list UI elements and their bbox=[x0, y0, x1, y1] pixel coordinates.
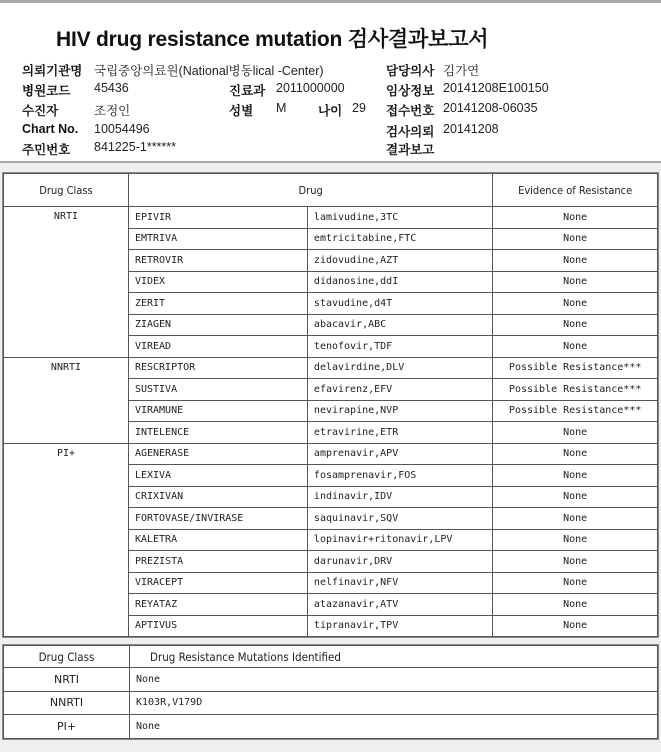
resident-id-label: 주민번호 bbox=[22, 143, 70, 157]
drug-brand: EMTRIVA bbox=[128, 228, 307, 250]
clinical-info-value: 20141208E100150 bbox=[443, 81, 549, 95]
hospital-code-label: 병원코드 bbox=[22, 84, 70, 98]
chart-no-field: Chart No. bbox=[22, 122, 78, 136]
chart-no-value-wrap: 10054496 bbox=[94, 122, 150, 136]
drug-generic: darunavir,DRV bbox=[307, 551, 492, 573]
resistance-evidence: None bbox=[493, 271, 658, 293]
drug-class-pi: PI+ bbox=[4, 443, 129, 637]
table-row: NNRTI RESCRIPTOR delavirdine,DLV Possibl… bbox=[4, 357, 658, 379]
test-request-value: 20141208 bbox=[443, 122, 499, 136]
receipt-no-field: 접수번호 bbox=[386, 101, 434, 119]
drug-brand: VIRAMUNE bbox=[128, 400, 307, 422]
hospital-code-field: 병원코드 bbox=[22, 81, 70, 99]
drug-generic: lopinavir+ritonavir,LPV bbox=[307, 529, 492, 551]
resistance-evidence: Possible Resistance*** bbox=[493, 357, 658, 379]
resistance-evidence: None bbox=[493, 465, 658, 487]
report-header: HIV drug resistance mutation 검사결과보고서 의뢰기… bbox=[0, 3, 661, 163]
clinical-info-field: 임상정보 bbox=[386, 81, 434, 99]
institution-label: 의뢰기관명 bbox=[22, 64, 82, 78]
resistance-table-panel: Drug Class Drug Evidence of Resistance N… bbox=[2, 172, 659, 638]
age-value-wrap: 29 bbox=[352, 101, 366, 115]
chart-no-value: 10054496 bbox=[94, 122, 150, 136]
table-row: PI+ AGENERASE amprenavir,APV None bbox=[4, 443, 658, 465]
drug-brand: FORTOVASE/INVIRASE bbox=[128, 508, 307, 530]
header-evidence: Evidence of Resistance bbox=[493, 174, 658, 207]
drug-brand: VIDEX bbox=[128, 271, 307, 293]
department-value: 2011000000 bbox=[276, 81, 345, 95]
drug-generic: tenofovir,TDF bbox=[307, 336, 492, 358]
drug-brand: PREZISTA bbox=[128, 551, 307, 573]
drug-generic: efavirenz,EFV bbox=[307, 379, 492, 401]
resistance-evidence: None bbox=[493, 529, 658, 551]
institution-value: 국립중앙의료원(National병동lical -Center) bbox=[94, 64, 324, 78]
sex-label: 성별 bbox=[229, 104, 253, 118]
drug-generic: saquinavir,SQV bbox=[307, 508, 492, 530]
resistance-table-header: Drug Class Drug Evidence of Resistance bbox=[4, 174, 658, 207]
patient-value-wrap: 조정인 bbox=[94, 101, 130, 119]
mutation-drug-class: PI+ bbox=[4, 715, 130, 739]
test-request-value-wrap: 20141208 bbox=[443, 122, 499, 136]
institution-value-wrap: 국립중앙의료원(National병동lical -Center) bbox=[94, 61, 324, 79]
drug-generic: delavirdine,DLV bbox=[307, 357, 492, 379]
resistance-evidence: Possible Resistance*** bbox=[493, 400, 658, 422]
hospital-code-value: 45436 bbox=[94, 81, 129, 95]
patient-value: 조정인 bbox=[94, 104, 130, 118]
drug-brand: ZIAGEN bbox=[128, 314, 307, 336]
mutations-table: Drug Class Drug Resistance Mutations Ide… bbox=[3, 645, 658, 739]
drug-brand: INTELENCE bbox=[128, 422, 307, 444]
patient-label: 수진자 bbox=[22, 104, 58, 118]
drug-generic: fosamprenavir,FOS bbox=[307, 465, 492, 487]
result-report-label: 결과보고 bbox=[386, 143, 434, 157]
resident-id-value-wrap: 841225-1****** bbox=[94, 140, 176, 154]
resistance-evidence: None bbox=[493, 336, 658, 358]
institution-field: 의뢰기관명 bbox=[22, 61, 82, 79]
test-request-label: 검사의뢰 bbox=[386, 125, 434, 139]
receipt-no-value: 20141208-06035 bbox=[443, 101, 538, 115]
table-row: NNRTI K103R,V179D bbox=[4, 691, 658, 715]
receipt-no-value-wrap: 20141208-06035 bbox=[443, 101, 538, 115]
mutation-list: K103R,V179D bbox=[130, 691, 658, 715]
doctor-value: 김가연 bbox=[443, 64, 479, 78]
age-value: 29 bbox=[352, 101, 366, 115]
drug-brand: VIREAD bbox=[128, 336, 307, 358]
drug-generic: abacavir,ABC bbox=[307, 314, 492, 336]
drug-brand: REYATAZ bbox=[128, 594, 307, 616]
drug-generic: atazanavir,ATV bbox=[307, 594, 492, 616]
sex-value: M bbox=[276, 101, 286, 115]
table-row: NRTI None bbox=[4, 668, 658, 692]
receipt-no-label: 접수번호 bbox=[386, 104, 434, 118]
sex-value-wrap: M bbox=[276, 101, 286, 115]
drug-brand: EPIVIR bbox=[128, 207, 307, 229]
resistance-evidence: None bbox=[493, 551, 658, 573]
resistance-evidence: None bbox=[493, 228, 658, 250]
resistance-evidence: None bbox=[493, 615, 658, 637]
resistance-evidence: None bbox=[493, 422, 658, 444]
mutations-table-header: Drug Class Drug Resistance Mutations Ide… bbox=[4, 646, 658, 668]
doctor-label: 담당의사 bbox=[386, 64, 434, 78]
drug-brand: APTIVUS bbox=[128, 615, 307, 637]
patient-field: 수진자 bbox=[22, 101, 58, 119]
result-report-field: 결과보고 bbox=[386, 140, 434, 158]
sex-field: 성별 bbox=[229, 101, 253, 119]
header-drug: Drug bbox=[128, 174, 492, 207]
mutation-drug-class: NNRTI bbox=[4, 691, 130, 715]
drug-brand: KALETRA bbox=[128, 529, 307, 551]
resistance-evidence: None bbox=[493, 508, 658, 530]
drug-generic: tipranavir,TPV bbox=[307, 615, 492, 637]
mutation-list: None bbox=[130, 715, 658, 739]
age-label: 나이 bbox=[318, 104, 342, 118]
drug-generic: didanosine,ddI bbox=[307, 271, 492, 293]
mutation-drug-class: NRTI bbox=[4, 668, 130, 692]
clinical-info-label: 임상정보 bbox=[386, 84, 434, 98]
chart-no-label: Chart No. bbox=[22, 122, 78, 136]
resistance-evidence: None bbox=[493, 250, 658, 272]
resistance-evidence: None bbox=[493, 572, 658, 594]
age-field: 나이 bbox=[318, 101, 342, 119]
drug-brand: RETROVIR bbox=[128, 250, 307, 272]
drug-generic: etravirine,ETR bbox=[307, 422, 492, 444]
drug-generic: stavudine,d4T bbox=[307, 293, 492, 315]
resistance-table: Drug Class Drug Evidence of Resistance N… bbox=[3, 173, 658, 637]
test-request-field: 검사의뢰 bbox=[386, 122, 434, 140]
resistance-evidence: None bbox=[493, 293, 658, 315]
drug-brand: ZERIT bbox=[128, 293, 307, 315]
table-row: PI+ None bbox=[4, 715, 658, 739]
drug-generic: zidovudine,AZT bbox=[307, 250, 492, 272]
resistance-evidence: None bbox=[493, 207, 658, 229]
resident-id-value: 841225-1****** bbox=[94, 140, 176, 154]
drug-brand: CRIXIVAN bbox=[128, 486, 307, 508]
drug-generic: indinavir,IDV bbox=[307, 486, 492, 508]
drug-generic: nevirapine,NVP bbox=[307, 400, 492, 422]
drug-class-nnrti: NNRTI bbox=[4, 357, 129, 443]
department-value-wrap: 2011000000 bbox=[276, 81, 345, 95]
drug-generic: nelfinavir,NFV bbox=[307, 572, 492, 594]
clinical-info-value-wrap: 20141208E100150 bbox=[443, 81, 549, 95]
resistance-evidence: None bbox=[493, 594, 658, 616]
doctor-field: 담당의사 bbox=[386, 61, 434, 79]
drug-generic: amprenavir,APV bbox=[307, 443, 492, 465]
drug-brand: RESCRIPTOR bbox=[128, 357, 307, 379]
resistance-evidence: Possible Resistance*** bbox=[493, 379, 658, 401]
header-mutations: Drug Resistance Mutations Identified bbox=[130, 646, 658, 668]
resistance-evidence: None bbox=[493, 486, 658, 508]
drug-brand: LEXIVA bbox=[128, 465, 307, 487]
header-drug-class: Drug Class bbox=[4, 174, 129, 207]
report-title: HIV drug resistance mutation 검사결과보고서 bbox=[56, 23, 488, 53]
drug-brand: AGENERASE bbox=[128, 443, 307, 465]
drug-brand: VIRACEPT bbox=[128, 572, 307, 594]
drug-class-nrti: NRTI bbox=[4, 207, 129, 358]
mutations-table-panel: Drug Class Drug Resistance Mutations Ide… bbox=[2, 644, 659, 740]
resistance-evidence: None bbox=[493, 314, 658, 336]
drug-brand: SUSTIVA bbox=[128, 379, 307, 401]
drug-generic: lamivudine,3TC bbox=[307, 207, 492, 229]
table-row: NRTI EPIVIR lamivudine,3TC None bbox=[4, 207, 658, 229]
mutation-list: None bbox=[130, 668, 658, 692]
header-drug-class: Drug Class bbox=[4, 646, 130, 668]
hospital-code-value-wrap: 45436 bbox=[94, 81, 129, 95]
drug-generic: emtricitabine,FTC bbox=[307, 228, 492, 250]
doctor-value-wrap: 김가연 bbox=[443, 61, 479, 79]
resistance-evidence: None bbox=[493, 443, 658, 465]
resident-id-field: 주민번호 bbox=[22, 140, 70, 158]
department-label: 진료과 bbox=[229, 84, 265, 98]
department-field: 진료과 bbox=[229, 81, 265, 99]
